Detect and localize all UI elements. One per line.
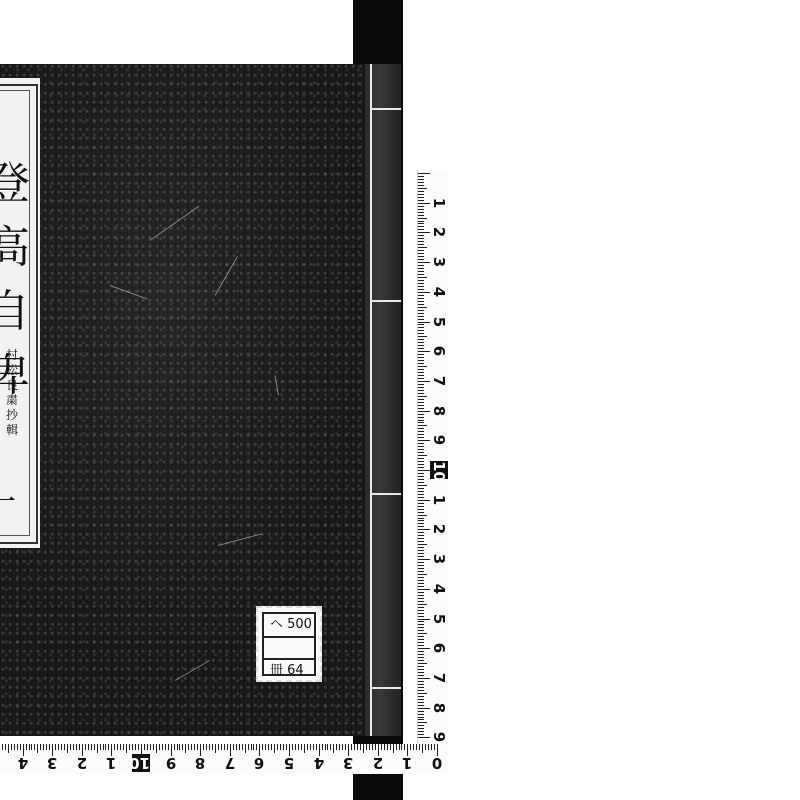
ruler-tick bbox=[31, 744, 32, 750]
ruler-tick bbox=[363, 744, 364, 753]
ruler-label: 1 bbox=[430, 491, 448, 509]
ruler-tick bbox=[418, 690, 424, 691]
ruler-tick bbox=[418, 523, 424, 524]
ruler-tick bbox=[418, 322, 430, 323]
ruler-tick bbox=[418, 381, 430, 382]
ruler-tick bbox=[418, 283, 424, 284]
ruler-tick bbox=[393, 744, 394, 753]
ruler-tick bbox=[418, 289, 424, 290]
ruler-tick bbox=[375, 744, 376, 750]
ruler-tick bbox=[120, 744, 121, 750]
ruler-tick bbox=[265, 744, 266, 750]
library-label-volume-count: 冊 64 bbox=[264, 660, 314, 682]
ruler-tick bbox=[418, 420, 424, 421]
ruler-tick bbox=[418, 446, 424, 447]
ruler-tick bbox=[150, 744, 151, 750]
ruler-tick bbox=[418, 310, 424, 311]
ruler-tick bbox=[206, 744, 207, 750]
ruler-tick bbox=[418, 366, 427, 367]
ruler-tick bbox=[418, 580, 424, 581]
ruler-tick bbox=[418, 518, 424, 519]
ruler-tick bbox=[418, 728, 424, 729]
ruler-tick bbox=[418, 437, 424, 438]
ruler-tick bbox=[342, 744, 343, 750]
ruler-tick bbox=[418, 354, 424, 355]
ruler-tick bbox=[55, 744, 56, 750]
ruler-tick bbox=[418, 369, 424, 370]
ruler-tick bbox=[165, 744, 166, 750]
title-character: 自 bbox=[0, 290, 26, 334]
binding-stitch bbox=[370, 493, 401, 495]
ruler-tick bbox=[434, 744, 435, 750]
ruler-tick bbox=[418, 304, 424, 305]
ruler-label: 3 bbox=[339, 754, 357, 772]
ruler-tick bbox=[418, 327, 424, 328]
ruler-tick bbox=[310, 744, 311, 750]
ruler-tick bbox=[418, 336, 427, 337]
library-label-call-number: ヘ 500 bbox=[264, 614, 314, 638]
ruler-tick bbox=[418, 684, 424, 685]
ruler-label: 7 bbox=[221, 754, 239, 772]
ruler-tick bbox=[49, 744, 50, 750]
ruler-tick bbox=[418, 384, 424, 385]
ruler-tick bbox=[418, 250, 424, 251]
ruler-tick bbox=[162, 744, 163, 750]
ruler-tick bbox=[418, 357, 424, 358]
ruler-label: 9 bbox=[162, 754, 180, 772]
ruler-tick bbox=[209, 744, 210, 750]
ruler-tick bbox=[422, 744, 423, 753]
ruler-tick bbox=[418, 660, 424, 661]
ruler-tick bbox=[418, 191, 424, 192]
ruler-tick bbox=[418, 271, 424, 272]
binding-line bbox=[370, 64, 372, 736]
ruler-tick bbox=[40, 744, 41, 750]
ruler-tick bbox=[239, 744, 240, 750]
ruler-tick bbox=[61, 744, 62, 750]
ruler-tick bbox=[418, 595, 424, 596]
ruler-tick bbox=[366, 744, 367, 750]
ruler-tick bbox=[425, 744, 426, 750]
author-line: 村松良粛抄輯 bbox=[6, 348, 20, 438]
ruler-tick bbox=[245, 744, 246, 753]
ruler-tick bbox=[418, 515, 427, 516]
ruler-tick bbox=[147, 744, 148, 750]
ruler-tick bbox=[418, 529, 430, 530]
ruler-tick bbox=[418, 200, 424, 201]
ruler-tick bbox=[88, 744, 89, 750]
ruler-label: 6 bbox=[430, 342, 448, 360]
ruler-tick bbox=[138, 744, 139, 750]
ruler-tick bbox=[418, 292, 430, 293]
ruler-tick bbox=[418, 218, 427, 219]
ruler-tick bbox=[418, 610, 424, 611]
ruler-tick bbox=[5, 744, 6, 750]
ruler-tick bbox=[418, 485, 427, 486]
ruler-tick bbox=[418, 571, 424, 572]
ruler-tick bbox=[174, 744, 175, 750]
ruler-tick bbox=[418, 538, 424, 539]
ruler-tick bbox=[418, 434, 424, 435]
ruler-tick bbox=[418, 711, 424, 712]
ruler-tick bbox=[144, 744, 145, 750]
ruler-tick bbox=[262, 744, 263, 750]
ruler-tick bbox=[418, 274, 424, 275]
ruler-tick bbox=[418, 259, 424, 260]
ruler-tick bbox=[100, 744, 101, 750]
library-label-box: ヘ 500 冊 64 bbox=[262, 612, 316, 676]
ruler-tick bbox=[168, 744, 169, 750]
ruler-tick bbox=[248, 744, 249, 750]
ruler-tick bbox=[404, 744, 405, 750]
ruler-tick bbox=[418, 387, 424, 388]
ruler-tick bbox=[418, 268, 424, 269]
ruler-label: 8 bbox=[191, 754, 209, 772]
ruler-tick bbox=[123, 744, 124, 750]
ruler-tick bbox=[418, 550, 424, 551]
ruler-tick bbox=[418, 452, 424, 453]
book-cover bbox=[0, 64, 400, 736]
ruler-tick bbox=[413, 744, 414, 750]
ruler-tick bbox=[307, 744, 308, 750]
ruler-tick bbox=[418, 209, 424, 210]
ruler-tick bbox=[17, 744, 18, 750]
ruler-tick bbox=[418, 176, 424, 177]
ruler-tick bbox=[418, 616, 424, 617]
ruler-tick bbox=[418, 295, 424, 296]
ruler-tick bbox=[418, 212, 424, 213]
ruler-tick bbox=[418, 440, 430, 441]
ruler-tick bbox=[277, 744, 278, 750]
ruler-tick bbox=[43, 744, 44, 750]
ruler-tick bbox=[14, 744, 15, 750]
ruler-tick bbox=[418, 238, 424, 239]
ruler-tick bbox=[418, 725, 424, 726]
ruler-tick bbox=[418, 455, 427, 456]
ruler-tick bbox=[117, 744, 118, 750]
ruler-label: 3 bbox=[430, 253, 448, 271]
ruler-tick bbox=[29, 744, 30, 750]
ruler-tick bbox=[418, 737, 430, 738]
ruler-tick bbox=[114, 744, 115, 750]
ruler-tick bbox=[418, 526, 424, 527]
ruler-tick bbox=[357, 744, 358, 750]
ruler-tick bbox=[418, 345, 424, 346]
ruler-tick bbox=[418, 390, 424, 391]
ruler-tick bbox=[215, 744, 216, 753]
ruler-tick bbox=[418, 277, 427, 278]
ruler-tick bbox=[103, 744, 104, 750]
ruler-tick bbox=[94, 744, 95, 750]
ruler-tick bbox=[76, 744, 77, 750]
ruler-tick bbox=[333, 744, 334, 753]
ruler-tick bbox=[182, 744, 183, 750]
ruler-tick bbox=[418, 541, 424, 542]
ruler-tick bbox=[418, 226, 424, 227]
ruler-tick bbox=[418, 562, 424, 563]
ruler-label: 9 bbox=[430, 431, 448, 449]
ruler-tick bbox=[418, 559, 430, 560]
ruler-tick bbox=[390, 744, 391, 750]
ruler-tick bbox=[416, 744, 417, 750]
ruler-tick bbox=[418, 479, 424, 480]
ruler-tick bbox=[34, 744, 35, 750]
ruler-tick bbox=[418, 179, 424, 180]
ruler-tick bbox=[418, 604, 427, 605]
ruler-tick bbox=[418, 699, 424, 700]
ruler-tick bbox=[253, 744, 254, 750]
ruler-tick bbox=[418, 657, 424, 658]
binding-stitch bbox=[370, 687, 401, 689]
ruler-tick bbox=[360, 744, 361, 750]
ruler-tick bbox=[418, 298, 424, 299]
ruler-tick bbox=[156, 744, 157, 753]
ruler-tick bbox=[418, 583, 424, 584]
ruler-tick bbox=[418, 307, 427, 308]
ruler-label: 2 bbox=[73, 754, 91, 772]
ruler-tick bbox=[418, 372, 424, 373]
ruler-label: 2 bbox=[369, 754, 387, 772]
library-label: ヘ 500 冊 64 bbox=[256, 606, 322, 682]
ruler-tick bbox=[418, 734, 424, 735]
ruler-tick bbox=[135, 744, 136, 750]
ruler-tick bbox=[418, 324, 424, 325]
ruler-tick bbox=[129, 744, 130, 750]
ruler-tick bbox=[271, 744, 272, 750]
title-character: 登 bbox=[0, 162, 26, 206]
ruler-tick bbox=[418, 458, 424, 459]
ruler-tick bbox=[418, 375, 424, 376]
ruler-label: 1 bbox=[398, 754, 416, 772]
ruler-tick bbox=[418, 449, 424, 450]
ruler-tick bbox=[418, 476, 424, 477]
ruler-tick bbox=[418, 488, 424, 489]
ruler-tick bbox=[410, 744, 411, 750]
ruler-tick bbox=[73, 744, 74, 750]
ruler-tick bbox=[418, 399, 424, 400]
ruler-tick bbox=[325, 744, 326, 750]
ruler-tick bbox=[418, 663, 427, 664]
ruler-tick bbox=[418, 339, 424, 340]
ruler-tick bbox=[418, 425, 427, 426]
ruler-tick bbox=[418, 330, 424, 331]
ruler-tick bbox=[327, 744, 328, 750]
ruler-tick bbox=[292, 744, 293, 750]
ruler-tick bbox=[191, 744, 192, 750]
ruler-tick bbox=[418, 535, 424, 536]
ruler-tick bbox=[418, 241, 424, 242]
ruler-tick bbox=[418, 396, 427, 397]
ruler-tick bbox=[418, 678, 430, 679]
ruler-tick bbox=[126, 744, 127, 753]
ruler-tick bbox=[8, 744, 9, 753]
ruler-tick bbox=[418, 319, 424, 320]
ruler-tick bbox=[418, 607, 424, 608]
ruler-label: 5 bbox=[430, 313, 448, 331]
ruler-label: 2 bbox=[430, 223, 448, 241]
ruler-tick bbox=[105, 744, 106, 750]
ruler-tick bbox=[418, 532, 424, 533]
ruler-tick bbox=[418, 589, 430, 590]
ruler-tick bbox=[418, 717, 424, 718]
ruler-label: 10 bbox=[430, 461, 448, 479]
ruler-tick bbox=[418, 592, 424, 593]
ruler-tick bbox=[418, 244, 424, 245]
ruler-tick bbox=[418, 194, 424, 195]
ruler-tick bbox=[418, 464, 424, 465]
ruler-label: 7 bbox=[430, 669, 448, 687]
binding-stitch bbox=[370, 108, 401, 110]
ruler-tick bbox=[418, 500, 430, 501]
ruler-tick bbox=[418, 405, 424, 406]
ruler-tick bbox=[418, 256, 424, 257]
title-character: 高 bbox=[0, 226, 26, 270]
ruler-tick bbox=[418, 512, 424, 513]
ruler-tick bbox=[20, 744, 21, 750]
ruler-label: 4 bbox=[14, 754, 32, 772]
ruler-tick bbox=[418, 672, 424, 673]
ruler-tick bbox=[242, 744, 243, 750]
ruler-tick bbox=[418, 215, 424, 216]
ruler-tick bbox=[418, 577, 424, 578]
ruler-tick bbox=[132, 744, 133, 750]
ruler-tick bbox=[58, 744, 59, 750]
ruler-tick bbox=[418, 393, 424, 394]
ruler-tick bbox=[418, 428, 424, 429]
ruler-tick bbox=[108, 744, 109, 750]
ruler-tick bbox=[212, 744, 213, 750]
ruler-tick bbox=[67, 744, 68, 753]
ruler-tick bbox=[256, 744, 257, 750]
ruler-label: 8 bbox=[430, 402, 448, 420]
ruler-tick bbox=[418, 221, 424, 222]
ruler-tick bbox=[418, 586, 424, 587]
ruler-tick bbox=[418, 491, 424, 492]
ruler-tick bbox=[381, 744, 382, 750]
ruler-tick bbox=[418, 494, 424, 495]
ruler-label: 4 bbox=[430, 580, 448, 598]
ruler-tick bbox=[97, 744, 98, 753]
ruler-tick bbox=[418, 705, 424, 706]
ruler-tick bbox=[153, 744, 154, 750]
ruler-tick bbox=[418, 553, 424, 554]
ruler-label: 7 bbox=[430, 372, 448, 390]
ruler-tick bbox=[194, 744, 195, 750]
ruler-tick bbox=[418, 669, 424, 670]
ruler-tick bbox=[419, 744, 420, 750]
ruler-label: 6 bbox=[250, 754, 268, 772]
ruler-tick bbox=[64, 744, 65, 750]
horizontal-scale-ruler: 0123456789101234 bbox=[0, 744, 448, 774]
ruler-tick bbox=[418, 639, 424, 640]
ruler-tick bbox=[418, 654, 424, 655]
ruler-label: 3 bbox=[43, 754, 61, 772]
ruler-tick bbox=[418, 714, 424, 715]
ruler-tick bbox=[418, 642, 424, 643]
ruler-tick bbox=[221, 744, 222, 750]
ruler-tick bbox=[330, 744, 331, 750]
ruler-tick bbox=[418, 431, 424, 432]
ruler-tick bbox=[79, 744, 80, 750]
ruler-tick bbox=[418, 414, 424, 415]
ruler-tick bbox=[418, 461, 424, 462]
ruler-tick bbox=[418, 630, 424, 631]
ruler-tick bbox=[418, 316, 424, 317]
ruler-tick bbox=[322, 744, 323, 750]
ruler-tick bbox=[428, 744, 429, 750]
ruler-tick bbox=[418, 619, 430, 620]
ruler-label: 5 bbox=[430, 610, 448, 628]
ruler-tick bbox=[224, 744, 225, 750]
ruler-tick bbox=[372, 744, 373, 750]
ruler-tick bbox=[418, 627, 424, 628]
ruler-tick bbox=[418, 473, 424, 474]
ruler-tick bbox=[418, 708, 430, 709]
ruler-tick bbox=[418, 693, 427, 694]
ruler-label: 3 bbox=[430, 550, 448, 568]
ruler-tick bbox=[11, 744, 12, 750]
ruler-tick bbox=[418, 301, 424, 302]
ruler-tick bbox=[274, 744, 275, 753]
ruler-label: 8 bbox=[430, 699, 448, 717]
ruler-tick bbox=[280, 744, 281, 750]
ruler-tick bbox=[418, 467, 424, 468]
ruler-tick bbox=[418, 203, 430, 204]
ruler-tick bbox=[418, 232, 430, 233]
ruler-label: 10 bbox=[132, 754, 150, 772]
ruler-tick bbox=[418, 185, 424, 186]
ruler-tick bbox=[283, 744, 284, 750]
ruler-tick bbox=[418, 247, 427, 248]
ruler-tick bbox=[418, 417, 424, 418]
ruler-tick bbox=[418, 408, 424, 409]
ruler-tick bbox=[418, 482, 424, 483]
ruler-tick bbox=[396, 744, 397, 750]
ruler-tick bbox=[70, 744, 71, 750]
ruler-tick bbox=[418, 624, 424, 625]
ruler-tick bbox=[418, 280, 424, 281]
ruler-tick bbox=[418, 621, 424, 622]
ruler-tick bbox=[418, 286, 424, 287]
ruler-tick bbox=[251, 744, 252, 750]
ruler-tick bbox=[418, 351, 430, 352]
ruler-tick bbox=[418, 722, 427, 723]
ruler-tick bbox=[418, 265, 424, 266]
ruler-tick bbox=[85, 744, 86, 750]
ruler-label: 2 bbox=[430, 520, 448, 538]
ruler-tick bbox=[418, 547, 424, 548]
ruler-tick bbox=[418, 651, 424, 652]
ruler-tick bbox=[418, 223, 424, 224]
binding-stitch bbox=[370, 300, 401, 302]
ruler-tick bbox=[418, 598, 424, 599]
ruler-tick bbox=[37, 744, 38, 753]
title-slip: 登 高 自 卑 村松良粛抄輯 一 bbox=[0, 78, 40, 548]
ruler-tick bbox=[339, 744, 340, 750]
ruler-label: 4 bbox=[310, 754, 328, 772]
ruler-tick bbox=[298, 744, 299, 750]
ruler-tick bbox=[418, 568, 424, 569]
ruler-tick bbox=[218, 744, 219, 750]
ruler-tick bbox=[203, 744, 204, 750]
ruler-tick bbox=[418, 719, 424, 720]
ruler-tick bbox=[418, 702, 424, 703]
ruler-tick bbox=[384, 744, 385, 750]
ruler-tick bbox=[179, 744, 180, 750]
ruler-tick bbox=[354, 744, 355, 750]
ruler-tick bbox=[418, 188, 427, 189]
ruler-tick bbox=[233, 744, 234, 750]
